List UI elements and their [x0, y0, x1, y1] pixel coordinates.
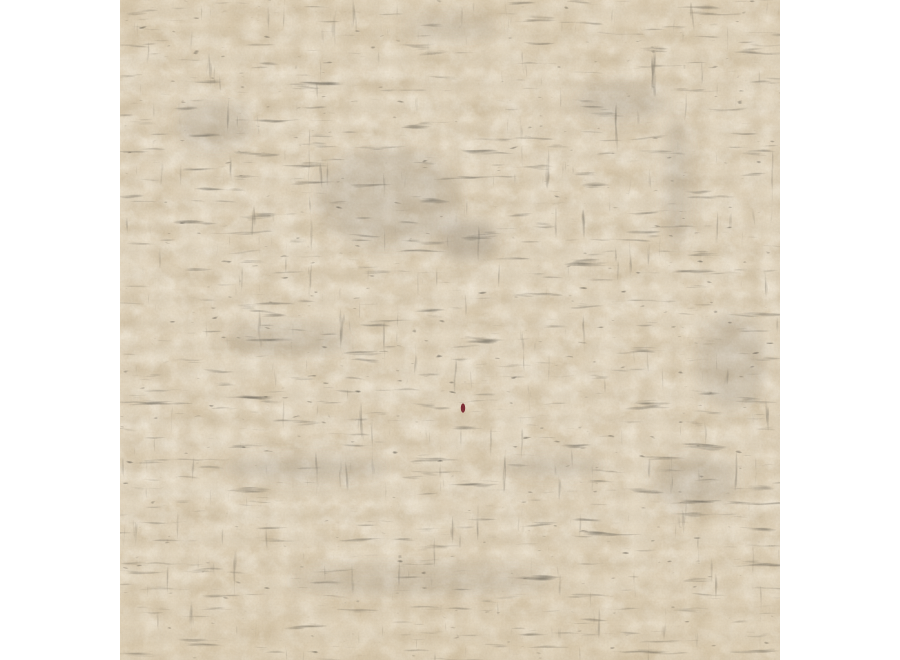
- rug-texture-canvas: [120, 0, 780, 660]
- page-background: { "page": { "background_color": "#ffffff…: [0, 0, 900, 660]
- grain-light-layer: [120, 0, 780, 660]
- rug-texture-photo: [120, 0, 780, 660]
